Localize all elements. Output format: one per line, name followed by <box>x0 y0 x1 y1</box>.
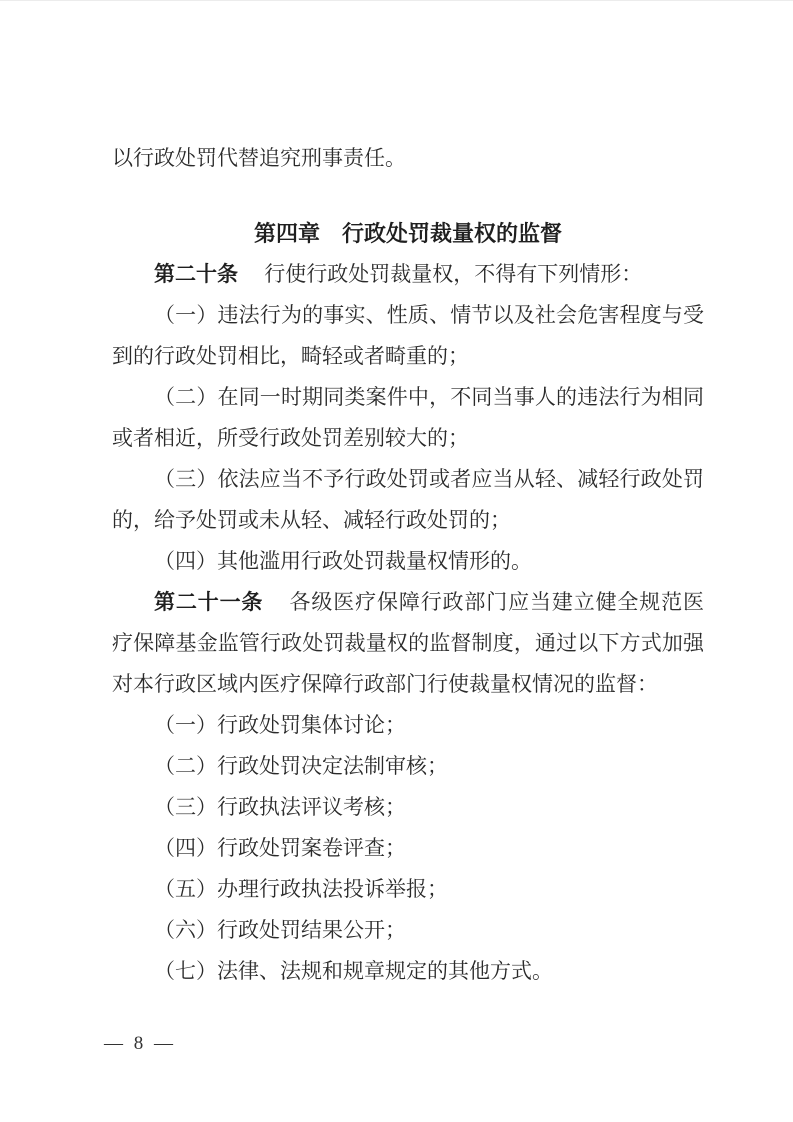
article-21-item-5: （五）办理行政执法投诉举报； <box>112 869 704 910</box>
article-21-item-6: （六）行政处罚结果公开； <box>112 910 704 951</box>
page-number: — 8 — <box>104 1033 176 1055</box>
article-20-paragraph: 第二十条行使行政处罚裁量权，不得有下列情形： <box>112 254 704 295</box>
chapter-heading: 第四章 行政处罚裁量权的监督 <box>112 213 704 254</box>
page-content: 以行政处罚代替追究刑事责任。 第四章 行政处罚裁量权的监督 第二十条行使行政处罚… <box>112 138 704 992</box>
article-21-item-4: （四）行政处罚案卷评查； <box>112 828 704 869</box>
article-20-item-1: （一）违法行为的事实、性质、情节以及社会危害程度与受到的行政处罚相比，畸轻或者畸… <box>112 295 704 377</box>
article-21-item-2: （二）行政处罚决定法制审核； <box>112 746 704 787</box>
article-20-number: 第二十条 <box>154 263 238 286</box>
article-20-text: 行使行政处罚裁量权，不得有下列情形： <box>264 262 642 286</box>
document-page: 以行政处罚代替追究刑事责任。 第四章 行政处罚裁量权的监督 第二十条行使行政处罚… <box>0 0 793 1122</box>
article-20-item-2: （二）在同一时期同类案件中，不同当事人的违法行为相同或者相近，所受行政处罚差别较… <box>112 377 704 459</box>
article-20-item-3: （三）依法应当不予行政处罚或者应当从轻、减轻行政处罚的，给予处罚或未从轻、减轻行… <box>112 459 704 541</box>
article-20-item-4: （四）其他滥用行政处罚裁量权情形的。 <box>112 541 704 582</box>
article-21-item-3: （三）行政执法评议考核； <box>112 787 704 828</box>
article-21-item-7: （七）法律、法规和规章规定的其他方式。 <box>112 951 704 992</box>
article-21-item-1: （一）行政处罚集体讨论； <box>112 705 704 746</box>
article-21-paragraph: 第二十一条各级医疗保障行政部门应当建立健全规范医疗保障基金监管行政处罚裁量权的监… <box>112 582 704 705</box>
article-21-number: 第二十一条 <box>154 591 263 614</box>
paragraph-continuation: 以行政处罚代替追究刑事责任。 <box>112 138 704 179</box>
